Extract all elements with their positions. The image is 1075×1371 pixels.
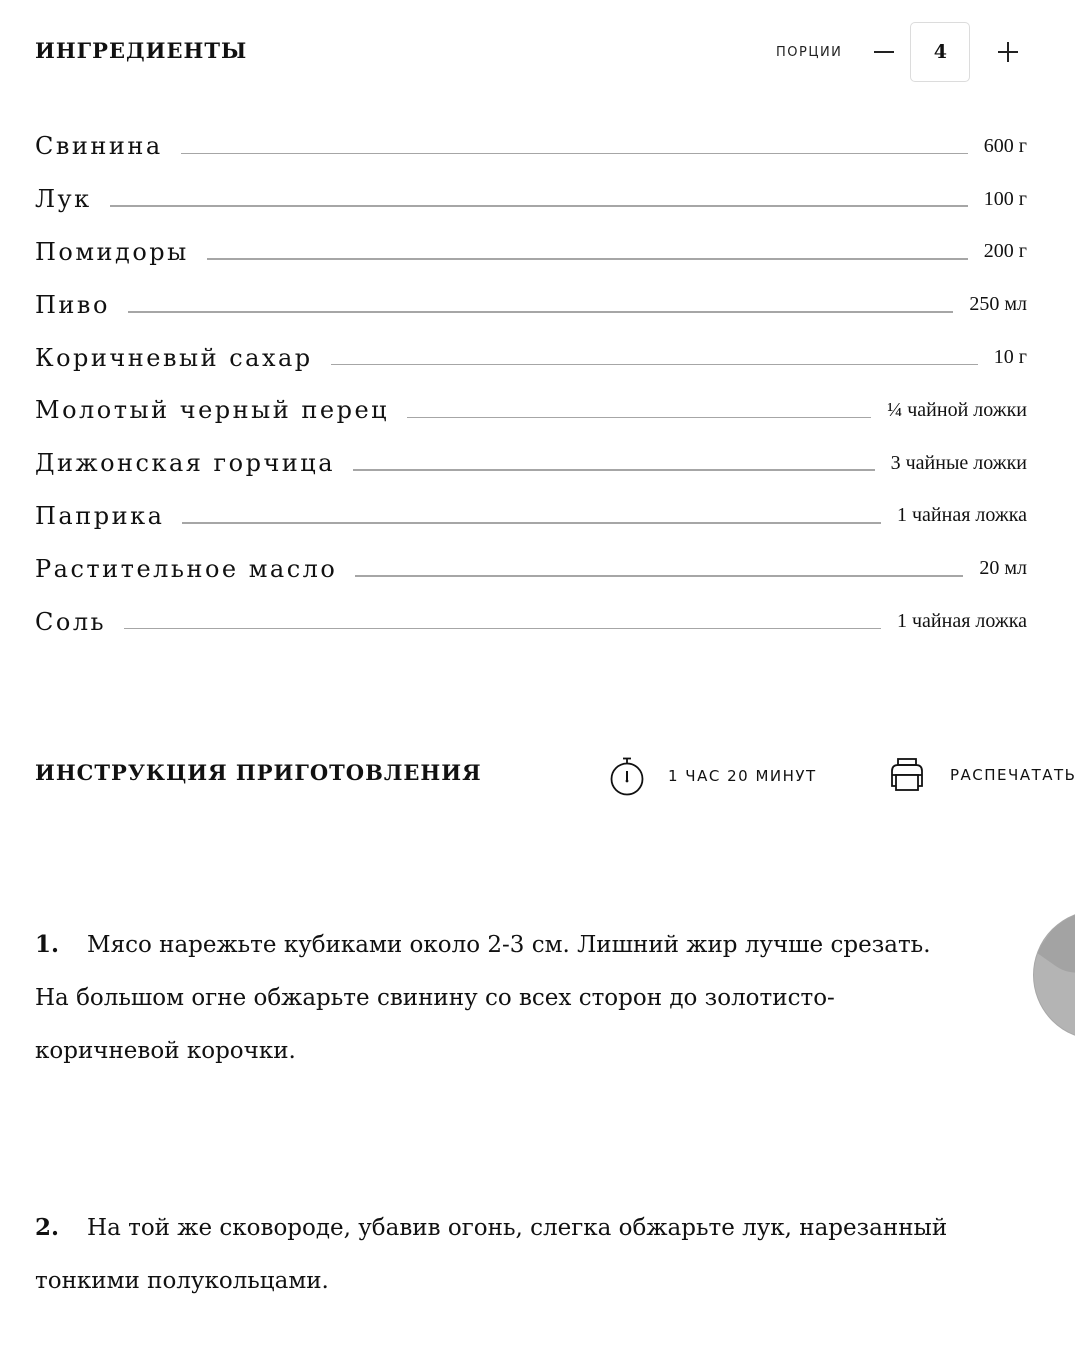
ingredient-row: Пиво 250 мл <box>35 278 1027 331</box>
leader-line <box>182 522 881 524</box>
ingredient-row: Молотый черный перец ¼ чайной ложки <box>35 384 1027 437</box>
ingredient-row: Дижонская горчица 3 чайные ложки <box>35 437 1027 490</box>
stopwatch-icon <box>609 756 645 796</box>
ingredient-name: Пиво <box>35 291 128 319</box>
leader-line <box>110 205 968 207</box>
ingredient-name: Коричневый сахар <box>35 344 331 372</box>
ingredient-amount: 100 г <box>968 188 1027 211</box>
ingredient-name: Свинина <box>35 132 181 160</box>
ingredient-name: Соль <box>35 608 124 636</box>
leader-line <box>355 575 963 577</box>
leader-line <box>128 311 953 313</box>
print-label: РАСПЕЧАТАТЬ <box>950 766 1075 784</box>
instruction-step: 2.На той же сковороде, убавив огонь, сле… <box>35 1201 965 1308</box>
ingredients-list: Свинина 600 г Лук 100 г Помидоры 200 г П… <box>35 120 1027 648</box>
step-number: 2. <box>35 1214 59 1241</box>
ingredient-name: Помидоры <box>35 238 207 266</box>
leader-line <box>407 417 871 419</box>
increase-portions-button[interactable] <box>996 40 1020 64</box>
cooking-time-label: 1 ЧАС 20 МИНУТ <box>668 767 817 785</box>
ingredient-row: Лук 100 г <box>35 173 1027 226</box>
ingredients-title: ИНГРЕДИЕНТЫ <box>35 38 247 63</box>
step-image <box>1033 910 1075 1040</box>
ingredient-name: Лук <box>35 185 110 213</box>
ingredient-name: Растительное масло <box>35 555 355 583</box>
ingredient-amount: 1 чайная ложка <box>881 504 1027 527</box>
printer-icon <box>888 756 926 794</box>
ingredient-amount: 250 мл <box>953 293 1027 316</box>
instruction-step: 1.Мясо нарежьте кубиками около 2-3 см. Л… <box>35 918 965 1078</box>
ingredient-name: Молотый черный перец <box>35 396 407 424</box>
portions-input[interactable]: 4 <box>910 22 970 82</box>
leader-line <box>353 469 875 471</box>
decrease-portions-button[interactable] <box>872 40 896 64</box>
step-text: На той же сковороде, убавив огонь, слегк… <box>35 1215 947 1294</box>
ingredient-name: Дижонская горчица <box>35 449 353 477</box>
ingredient-amount: 200 г <box>968 240 1027 263</box>
leader-line <box>331 364 978 366</box>
ingredient-row: Паприка 1 чайная ложка <box>35 490 1027 543</box>
ingredient-amount: 1 чайная ложка <box>881 610 1027 633</box>
cooking-time: 1 ЧАС 20 МИНУТ <box>609 756 817 796</box>
ingredient-row: Коричневый сахар 10 г <box>35 331 1027 384</box>
ingredient-amount: 20 мл <box>963 557 1027 580</box>
minus-icon <box>874 51 894 53</box>
step-text: Мясо нарежьте кубиками около 2-3 см. Лиш… <box>35 932 931 1064</box>
step-number: 1. <box>35 931 59 958</box>
ingredient-amount: 600 г <box>968 135 1027 158</box>
ingredient-amount: 10 г <box>978 346 1027 369</box>
ingredient-name: Паприка <box>35 502 182 530</box>
print-button[interactable]: РАСПЕЧАТАТЬ <box>888 756 1075 794</box>
ingredient-row: Помидоры 200 г <box>35 226 1027 279</box>
portions-label: ПОРЦИИ <box>776 45 842 60</box>
portions-stepper: ПОРЦИИ 4 <box>776 22 1020 82</box>
ingredient-row: Свинина 600 г <box>35 120 1027 173</box>
leader-line <box>181 153 968 155</box>
ingredient-row: Растительное масло 20 мл <box>35 542 1027 595</box>
instructions-title: ИНСТРУКЦИЯ ПРИГОТОВЛЕНИЯ <box>35 760 482 785</box>
ingredient-amount: ¼ чайной ложки <box>871 399 1027 422</box>
leader-line <box>207 258 968 260</box>
ingredient-row: Соль 1 чайная ложка <box>35 595 1027 648</box>
ingredient-amount: 3 чайные ложки <box>875 452 1027 475</box>
leader-line <box>124 628 881 630</box>
